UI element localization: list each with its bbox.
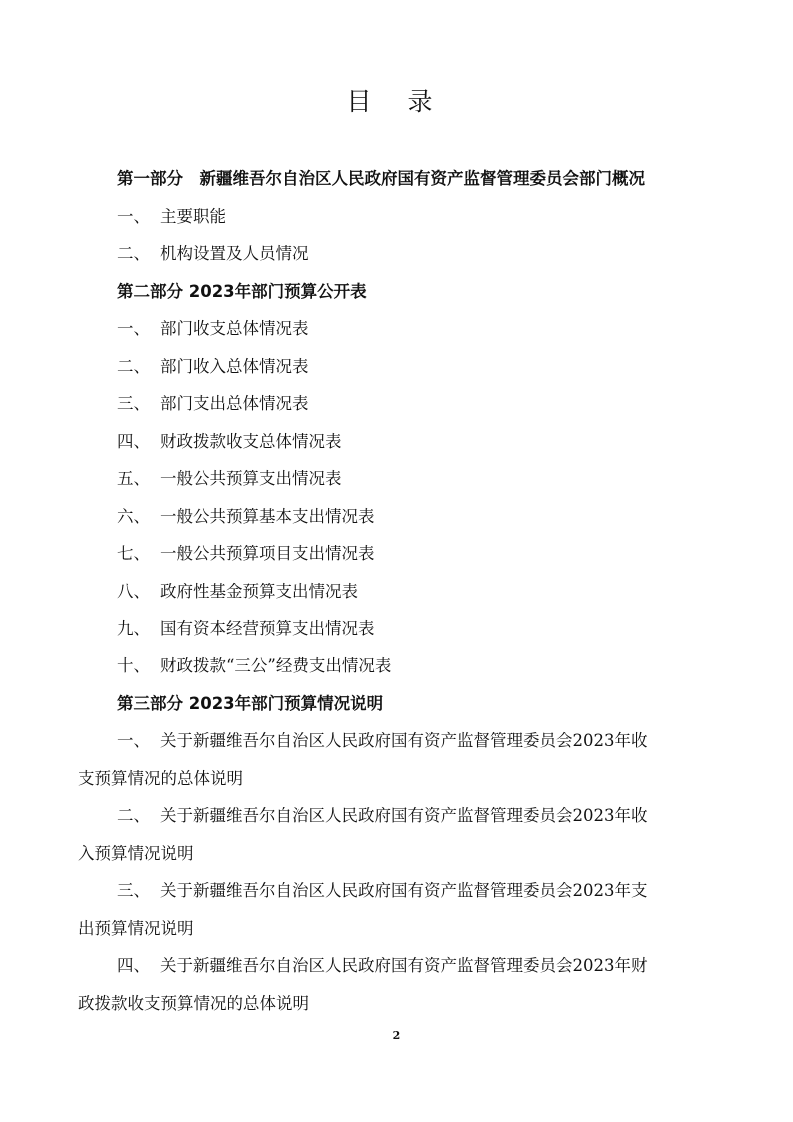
item-label: 主要职能	[160, 207, 226, 226]
item-label-line2: 支预算情况的总体说明	[78, 760, 718, 798]
toc-title: 目 录	[0, 82, 793, 118]
item-label: 部门支出总体情况表	[160, 394, 309, 413]
item-number: 三、	[117, 872, 160, 910]
item-number: 二、	[117, 243, 160, 265]
toc-item[interactable]: 二、部门收入总体情况表	[117, 356, 309, 378]
item-number: 二、	[117, 356, 160, 378]
item-label: 一般公共预算基本支出情况表	[160, 507, 375, 526]
item-label: 政府性基金预算支出情况表	[160, 582, 358, 601]
item-label: 一般公共预算支出情况表	[160, 469, 342, 488]
item-label: 机构设置及人员情况	[160, 244, 309, 263]
item-number: 九、	[117, 618, 160, 640]
toc-item[interactable]: 一、关于新疆维吾尔自治区人民政府国有资产监督管理委员会2023年收 支预算情况的…	[78, 722, 718, 797]
item-number: 七、	[117, 543, 160, 565]
toc-item[interactable]: 四、财政拨款收支总体情况表	[117, 431, 342, 453]
toc-item[interactable]: 六、一般公共预算基本支出情况表	[117, 506, 375, 528]
toc-item[interactable]: 三、部门支出总体情况表	[117, 393, 309, 415]
toc-item[interactable]: 五、一般公共预算支出情况表	[117, 468, 342, 490]
item-number: 八、	[117, 581, 160, 603]
toc-item[interactable]: 七、一般公共预算项目支出情况表	[117, 543, 375, 565]
item-number: 四、	[117, 431, 160, 453]
item-label: 财政拨款收支总体情况表	[160, 432, 342, 451]
toc-item[interactable]: 十、财政拨款“三公”经费支出情况表	[117, 655, 391, 677]
part2-heading: 第二部分 2023年部门预算公开表	[117, 281, 367, 303]
item-number: 四、	[117, 947, 160, 985]
toc-item[interactable]: 九、国有资本经营预算支出情况表	[117, 618, 375, 640]
part3-heading: 第三部分 2023年部门预算情况说明	[117, 693, 383, 715]
item-label-line2: 政拨款收支预算情况的总体说明	[78, 985, 718, 1023]
toc-item[interactable]: 一、部门收支总体情况表	[117, 318, 309, 340]
page-number: 2	[0, 1029, 793, 1042]
toc-item[interactable]: 八、政府性基金预算支出情况表	[117, 581, 358, 603]
item-label: 国有资本经营预算支出情况表	[160, 619, 375, 638]
item-label: 部门收支总体情况表	[160, 319, 309, 338]
toc-item[interactable]: 四、关于新疆维吾尔自治区人民政府国有资产监督管理委员会2023年财 政拨款收支预…	[78, 947, 718, 1022]
item-number: 五、	[117, 468, 160, 490]
part1-heading: 第一部分 新疆维吾尔自治区人民政府国有资产监督管理委员会部门概况	[117, 168, 645, 190]
item-label: 部门收入总体情况表	[160, 357, 309, 376]
item-number: 一、	[117, 318, 160, 340]
item-number: 一、	[117, 722, 160, 760]
item-number: 一、	[117, 206, 160, 228]
item-number: 三、	[117, 393, 160, 415]
item-label: 一般公共预算项目支出情况表	[160, 544, 375, 563]
item-label-line1: 关于新疆维吾尔自治区人民政府国有资产监督管理委员会2023年支	[160, 881, 648, 900]
toc-item[interactable]: 二、机构设置及人员情况	[117, 243, 309, 265]
toc-item[interactable]: 一、主要职能	[117, 206, 226, 228]
item-number: 六、	[117, 506, 160, 528]
toc-item[interactable]: 三、关于新疆维吾尔自治区人民政府国有资产监督管理委员会2023年支 出预算情况说…	[78, 872, 718, 947]
item-label: 财政拨款“三公”经费支出情况表	[160, 656, 391, 675]
item-number: 二、	[117, 797, 160, 835]
item-label-line1: 关于新疆维吾尔自治区人民政府国有资产监督管理委员会2023年收	[160, 731, 648, 750]
item-label-line2: 入预算情况说明	[78, 835, 718, 873]
item-label-line1: 关于新疆维吾尔自治区人民政府国有资产监督管理委员会2023年收	[160, 806, 648, 825]
item-label-line1: 关于新疆维吾尔自治区人民政府国有资产监督管理委员会2023年财	[160, 956, 648, 975]
item-label-line2: 出预算情况说明	[78, 910, 718, 948]
toc-item[interactable]: 二、关于新疆维吾尔自治区人民政府国有资产监督管理委员会2023年收 入预算情况说…	[78, 797, 718, 872]
item-number: 十、	[117, 655, 160, 677]
